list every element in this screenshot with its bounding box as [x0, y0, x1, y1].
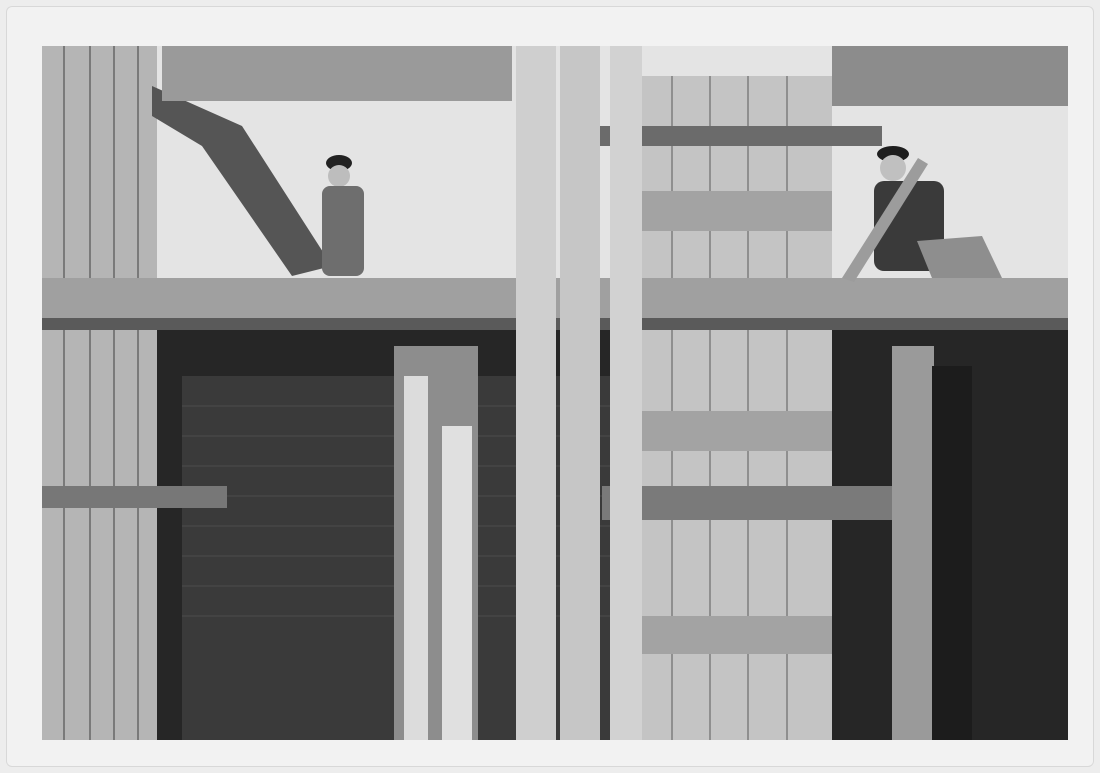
right-support-post [892, 346, 934, 740]
top-right-beam [832, 46, 1068, 106]
vertical-pole-1 [516, 46, 556, 740]
photo-print-border [6, 6, 1094, 767]
photo-scene [42, 46, 1068, 740]
vertical-pole-3 [610, 46, 642, 740]
vertical-pole-2 [560, 46, 600, 740]
left-plank-wall [42, 46, 157, 740]
left-crossbeam [42, 486, 227, 508]
clamp-beam-middle [602, 486, 892, 520]
top-beam [162, 46, 512, 101]
construction-photograph [42, 46, 1068, 740]
